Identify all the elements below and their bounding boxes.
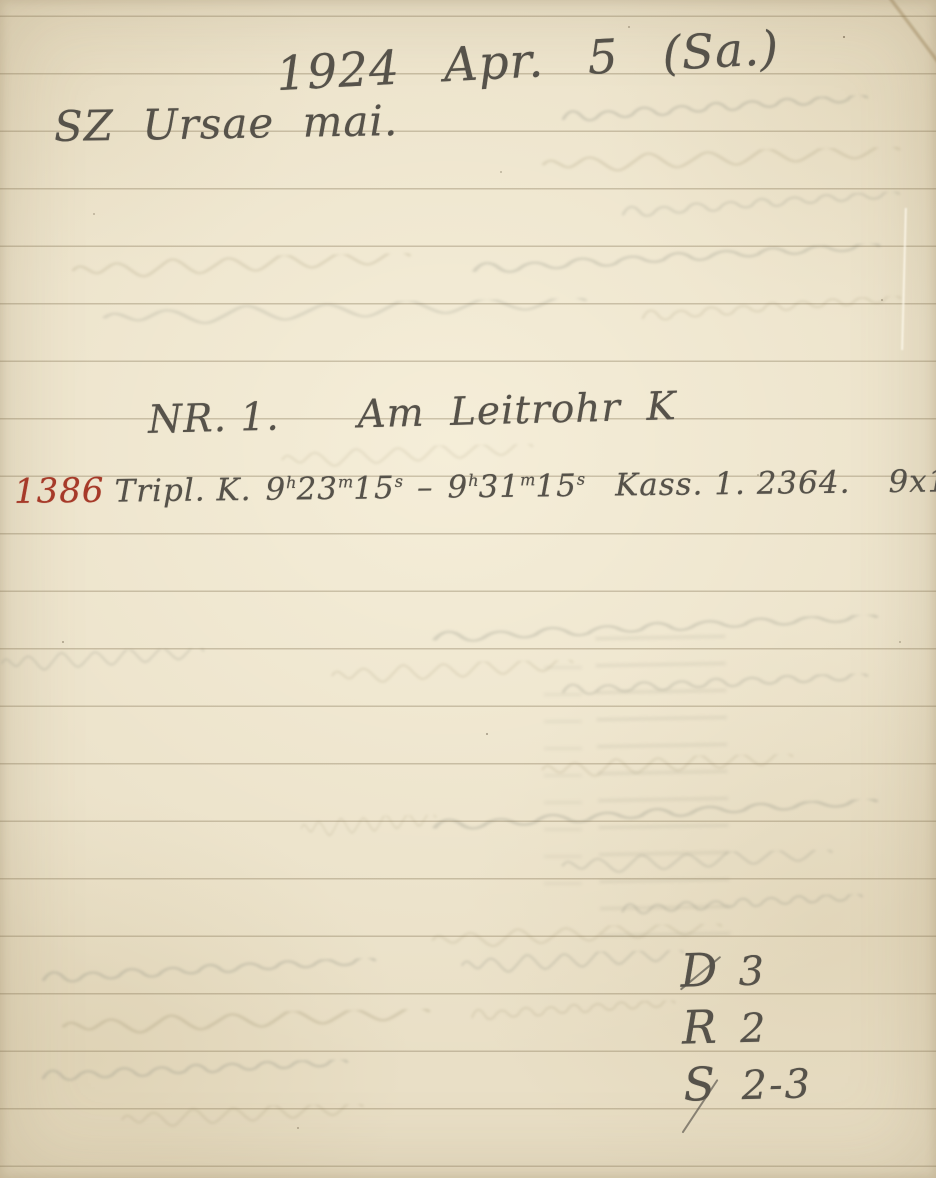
plate-number: 1386 xyxy=(14,471,105,512)
seconds-unit: s xyxy=(577,470,586,489)
cassette-label: Kass. 1. 2364. xyxy=(615,465,851,504)
ghost-script-line xyxy=(100,298,600,329)
camera-label: Tripl. K. xyxy=(114,472,251,510)
end-minutes: 31 xyxy=(478,469,520,506)
ghost-script-line xyxy=(470,242,910,279)
hours-unit: h xyxy=(468,471,479,490)
start-minutes: 23 xyxy=(296,471,338,508)
end-hours: 9 xyxy=(447,469,468,505)
hours-unit: h xyxy=(286,473,297,492)
ghost-script-line xyxy=(330,660,580,686)
ghost-script-line xyxy=(40,1059,370,1087)
instrument-note: Am Leitrohr K xyxy=(357,384,677,437)
ghost-script-line xyxy=(620,191,921,223)
observation-line: 1386Tripl. K.9h23m15s–9h31m15sKass. 1. 2… xyxy=(14,460,936,512)
rating-row: R 2 xyxy=(681,997,811,1057)
minutes-unit: m xyxy=(520,470,536,489)
ghost-script-line xyxy=(540,147,910,175)
start-hours: 9 xyxy=(265,472,286,508)
paper-scratch xyxy=(901,208,907,350)
ghost-script-line xyxy=(430,614,910,649)
section-heading: NR. 1.Am Leitrohr K xyxy=(148,384,678,443)
ghost-script-line xyxy=(40,957,400,988)
exposure-start: 9h23m15s xyxy=(265,470,403,508)
page-corner-crease xyxy=(887,0,936,70)
ghost-script-line xyxy=(470,1000,690,1026)
ghost-script-line xyxy=(620,894,880,921)
date-heading: 1924 Apr. 5 (Sa.) xyxy=(275,21,781,102)
rating-row: D 3 xyxy=(680,940,810,1000)
section-number: NR. 1. xyxy=(148,394,281,442)
ghost-number-column xyxy=(595,635,730,947)
ghost-script-line xyxy=(560,94,891,128)
paper-specks xyxy=(0,0,2,2)
ghost-script-line xyxy=(640,295,921,327)
plate-format: 9x12 xyxy=(888,463,936,500)
time-separator: – xyxy=(417,470,434,506)
ghost-script-line xyxy=(300,815,440,839)
rating-value: 2-3 xyxy=(741,1061,813,1109)
exposure-end: 9h31m15s xyxy=(447,468,585,506)
rating-value: 3 xyxy=(738,948,767,995)
quality-ratings: D 3 R 2 S 2-3 xyxy=(680,940,813,1114)
ghost-script-line xyxy=(460,950,690,976)
ghost-script-line xyxy=(540,754,800,781)
ghost-number-column xyxy=(544,666,582,906)
start-seconds: 15 xyxy=(353,470,395,507)
star-name: SZ Ursae mai. xyxy=(54,96,399,151)
end-seconds: 15 xyxy=(535,468,577,505)
rating-row: S 2-3 xyxy=(683,1054,813,1114)
minutes-unit: m xyxy=(338,472,354,491)
rating-label: S xyxy=(683,1056,742,1111)
rating-label: R xyxy=(681,999,740,1054)
ghost-script-line xyxy=(430,798,910,837)
ghost-script-line xyxy=(70,253,420,281)
ghost-script-line xyxy=(0,648,210,674)
ghost-script-line xyxy=(60,1009,440,1038)
ghost-script-line xyxy=(120,1104,370,1130)
seconds-unit: s xyxy=(395,472,404,491)
notebook-page: 1924 Apr. 5 (Sa.) SZ Ursae mai. NR. 1.Am… xyxy=(0,0,936,1178)
ghost-script-line xyxy=(560,850,840,877)
rating-value: 2 xyxy=(739,1005,768,1052)
rating-label: D xyxy=(680,942,739,997)
ghost-script-line xyxy=(560,673,890,701)
spacer xyxy=(280,427,358,429)
